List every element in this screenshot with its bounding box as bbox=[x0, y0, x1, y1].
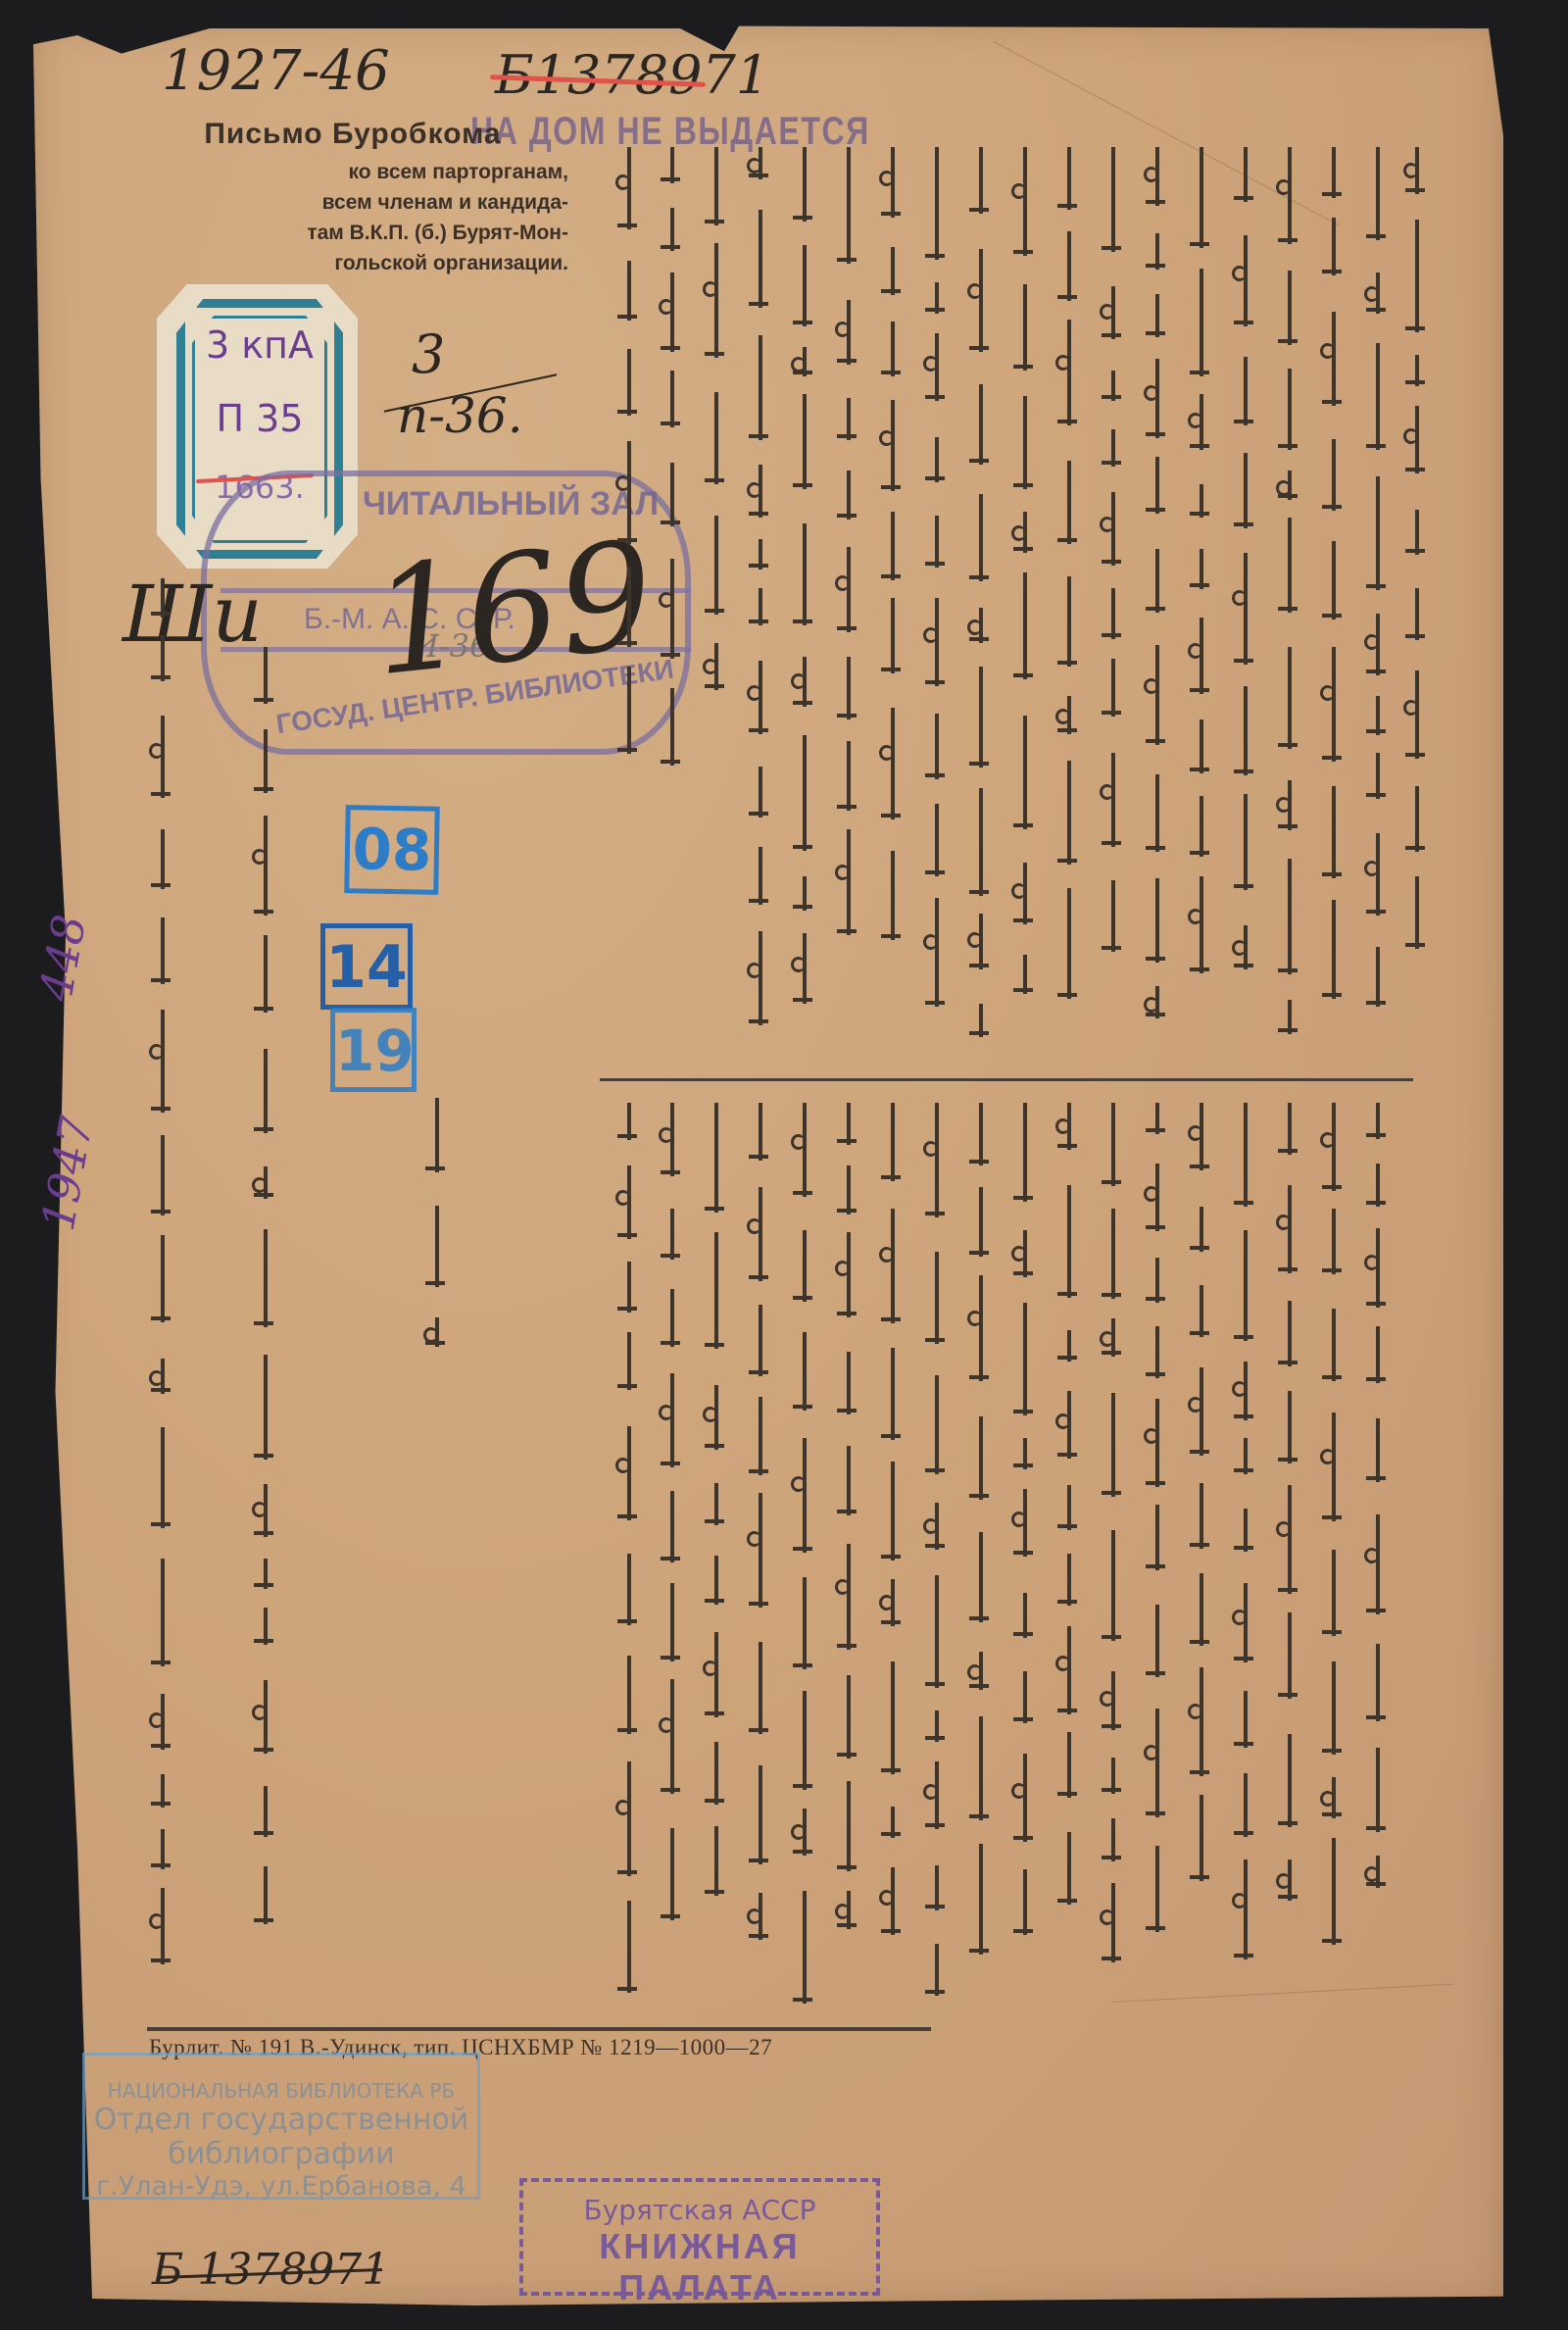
mongolian-column bbox=[789, 147, 828, 1049]
mongolian-column bbox=[1098, 147, 1137, 1049]
mongolian-column bbox=[1142, 1103, 1181, 2005]
stamp-line-1: Бурятская АССР bbox=[523, 2194, 876, 2226]
mongolian-column bbox=[789, 1103, 828, 2005]
national-library-stamp: НАЦИОНАЛЬНАЯ БИБЛИОТЕКА РБ Отдел государ… bbox=[82, 2053, 480, 2200]
subtitle-line: гольской организации. bbox=[137, 248, 568, 278]
mongolian-column bbox=[1318, 1103, 1357, 2005]
mongolian-column bbox=[1009, 1103, 1049, 2005]
mongolian-column bbox=[701, 1103, 740, 2005]
mongolian-column bbox=[613, 147, 653, 804]
mongolian-column bbox=[921, 147, 960, 1049]
mongolian-column bbox=[833, 147, 872, 1049]
mongolian-column bbox=[877, 147, 916, 1049]
mongolian-column bbox=[657, 1103, 696, 2005]
blue-number-stamp: 19 bbox=[330, 1008, 416, 1092]
header-block: Письмо Буробкома ко всем парторганам, вс… bbox=[137, 118, 568, 278]
mongolian-column bbox=[965, 147, 1004, 1049]
mongolian-column bbox=[745, 1103, 784, 2005]
mongolian-column bbox=[921, 1103, 960, 2005]
mongolian-column bbox=[1230, 1103, 1269, 2005]
mongolian-column bbox=[1230, 147, 1269, 1049]
mongolian-column bbox=[745, 147, 784, 1049]
stamp-line-4: г.Улан-Удэ, ул.Ербанова, 4 bbox=[85, 2171, 477, 2202]
mongolian-column bbox=[613, 1103, 653, 2005]
mongolian-column bbox=[1009, 147, 1049, 1049]
mongolian-column bbox=[877, 1103, 916, 2005]
stamp-line-1: НАЦИОНАЛЬНАЯ БИБЛИОТЕКА РБ bbox=[85, 2079, 477, 2103]
shelf-label-line2: П 35 bbox=[196, 397, 323, 440]
mongolian-column bbox=[1053, 1103, 1093, 2005]
mongolian-column bbox=[250, 647, 289, 2000]
mongolian-column bbox=[1362, 147, 1401, 1049]
handwritten-fraction-numerator: 3 bbox=[412, 323, 445, 385]
stamp-line-2: КНИЖНАЯ ПАЛАТА bbox=[523, 2226, 876, 2308]
mongolian-column bbox=[1142, 147, 1181, 1049]
mongolian-column bbox=[1274, 1103, 1313, 2005]
subtitle-line: там В.К.П. (б.) Бурят-Мон- bbox=[137, 218, 568, 248]
book-chamber-stamp: Бурятская АССР КНИЖНАЯ ПАЛАТА bbox=[519, 2178, 880, 2296]
handwritten-fraction-denominator: п-36. bbox=[397, 387, 523, 444]
mongolian-column bbox=[1186, 147, 1225, 1049]
handwritten-year-code: 1927-46 bbox=[162, 39, 390, 103]
mongolian-column bbox=[1186, 1103, 1225, 2005]
mongolian-column bbox=[1318, 147, 1357, 1049]
page-title: Письмо Буробкома bbox=[137, 118, 568, 151]
mongolian-column bbox=[147, 578, 186, 2000]
handwritten-inventory-top: Б1378971 bbox=[495, 44, 769, 106]
mongolian-column bbox=[1362, 1103, 1401, 2005]
mongolian-column bbox=[421, 1098, 461, 1392]
stamp-line-2: Отдел государственной bbox=[85, 2103, 477, 2137]
blue-number-stamp: 14 bbox=[320, 923, 413, 1010]
mongolian-column bbox=[1098, 1103, 1137, 2005]
mongolian-column bbox=[657, 147, 696, 804]
stamp-line-3: библиографии bbox=[85, 2137, 477, 2171]
shelf-label-line1: 3 кпА bbox=[196, 323, 323, 367]
section-divider bbox=[600, 1078, 1413, 1081]
mongolian-column bbox=[833, 1103, 872, 2005]
subtitle-line: всем членам и кандида- bbox=[137, 187, 568, 218]
imprint-divider bbox=[147, 2027, 931, 2031]
mongolian-column bbox=[1053, 147, 1093, 1049]
subtitle-line: ко всем парторганам, bbox=[137, 157, 568, 187]
handwritten-initials: Ши bbox=[122, 569, 263, 660]
blue-number-stamp: 08 bbox=[344, 805, 440, 895]
mongolian-column bbox=[701, 147, 740, 804]
mongolian-column bbox=[1401, 147, 1441, 1049]
mongolian-column bbox=[965, 1103, 1004, 2005]
mongolian-column bbox=[1274, 147, 1313, 1049]
